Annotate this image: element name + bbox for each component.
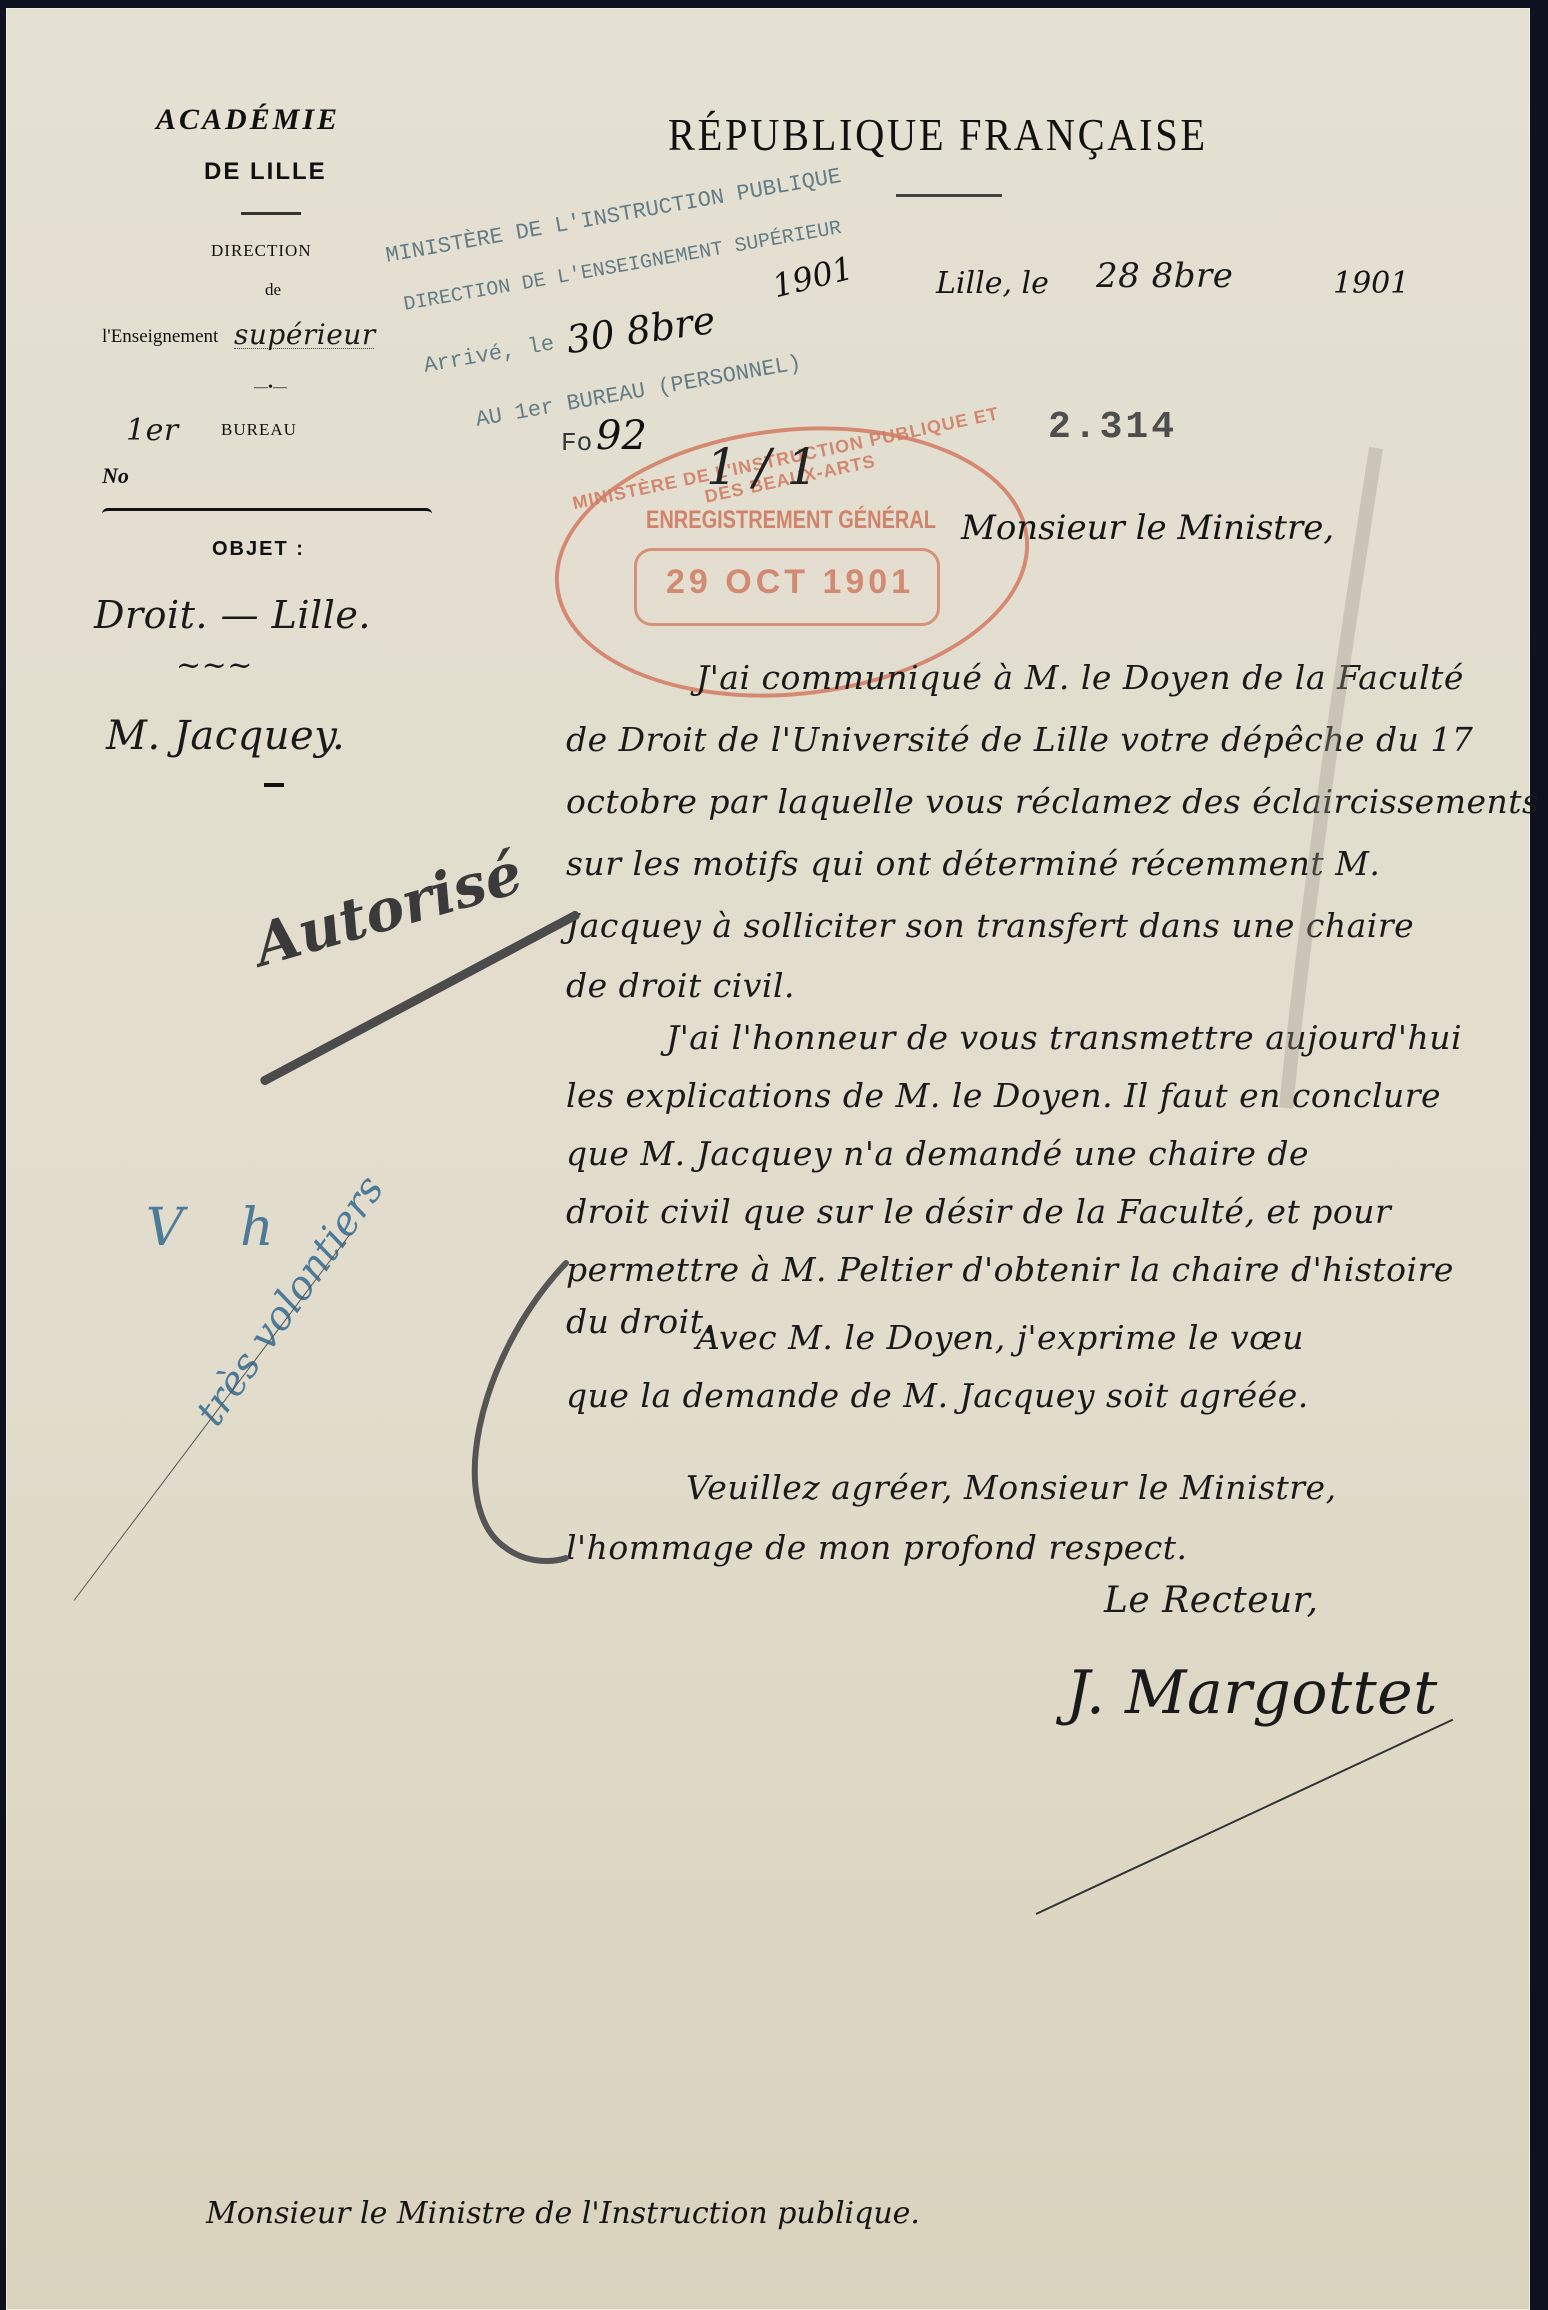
letter-page: ACADÉMIE DE LILLE DIRECTION de l'Enseign… bbox=[6, 8, 1530, 2310]
addressee-footer: Monsieur le Ministre de l'Instruction pu… bbox=[206, 2196, 920, 2231]
pencil-bracket-icon bbox=[6, 8, 1530, 2310]
